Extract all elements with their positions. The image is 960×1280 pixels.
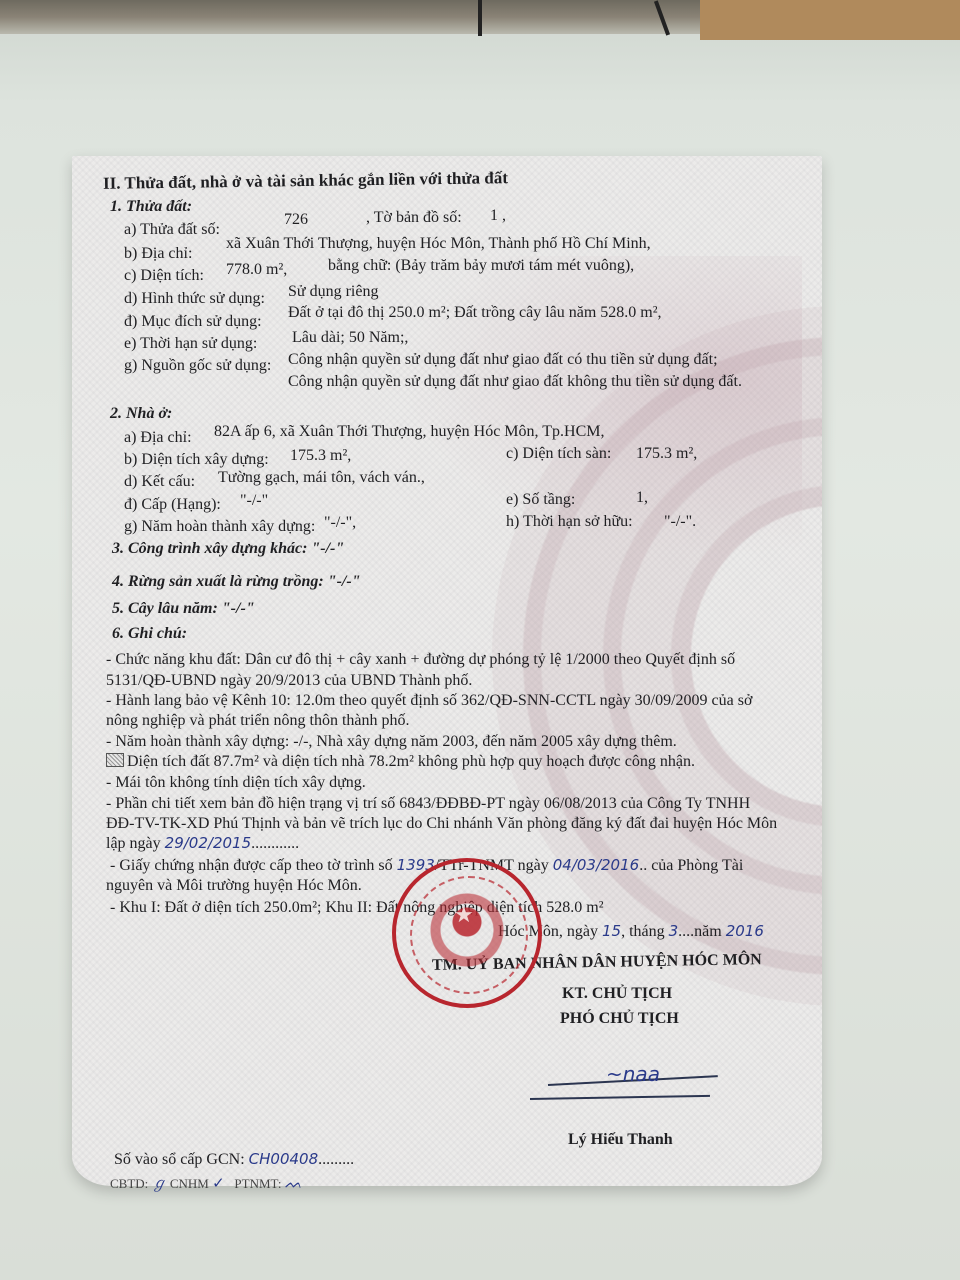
signature-mark: ~naa: [606, 1064, 660, 1084]
cert-prefix: - Giấy chứng nhận được cấp theo tờ trình…: [110, 857, 393, 874]
land-parcel-value: 726: [284, 212, 308, 228]
year-handwritten: 2016: [726, 922, 764, 940]
note-line: - Chức năng khu đất: Dân cư đô thị + cây…: [106, 652, 735, 668]
cert-suffix: .. của Phòng Tài: [639, 857, 743, 874]
completion-year-label: g) Năm hoàn thành xây dựng:: [124, 519, 315, 535]
note-line: - Năm hoàn thành xây dựng: -/-, Nhà xây …: [106, 734, 677, 750]
usage-form-label: d) Hình thức sử dụng:: [124, 291, 265, 307]
signer-role-2: PHÓ CHỦ TỊCH: [560, 1011, 679, 1027]
note-line: - Hành lang bảo vệ Kênh 10: 12.0m theo q…: [106, 693, 752, 709]
watermark-tint: [402, 256, 802, 556]
notes-heading: 6. Ghi chú:: [112, 626, 187, 642]
note-line: nông nghiệp và phát triển nông thôn thàn…: [106, 713, 410, 729]
ownership-term-label: h) Thời hạn sở hữu:: [506, 514, 633, 530]
floor-area-value: 175.3 m²,: [636, 446, 697, 462]
structure-label: d) Kết cấu:: [124, 474, 195, 490]
usage-origin-label: g) Nguồn gốc sử dụng:: [124, 358, 271, 374]
registry-line: Số vào sổ cấp GCN: CH00408.........: [114, 1152, 354, 1168]
hatch-legend-icon: [106, 753, 124, 767]
month-label: , tháng: [621, 923, 665, 940]
cbtd-label: CBTD:: [110, 1176, 148, 1191]
note-line: 5131/QĐ-UBND ngày 20/9/2013 của UBND Thà…: [106, 673, 472, 689]
background-top-edge: [0, 0, 960, 34]
note-line: - Phần chi tiết xem bản đồ hiện trạng vị…: [106, 796, 750, 812]
usage-form-value: Sử dụng riêng: [288, 284, 378, 300]
other-construction: 3. Công trình xây dựng khác: "-/-": [112, 541, 344, 557]
completion-year-value: "-/-",: [324, 515, 356, 531]
registry-label: Số vào sổ cấp GCN:: [114, 1151, 245, 1168]
drawn-date-line: lập ngày 29/02/2015............: [106, 836, 299, 852]
cert-date-handwritten: 04/03/2016: [553, 856, 639, 874]
signer-role-1: KT. CHỦ TỊCH: [562, 986, 672, 1002]
year-label: ....năm: [678, 923, 722, 940]
land-area-value: 778.0 m²,: [226, 262, 287, 278]
background-cable: [654, 0, 670, 35]
dotted-fill: .........: [318, 1151, 354, 1168]
note-line-hatched: Diện tích đất 87.7m² và diện tích nhà 78…: [106, 753, 695, 770]
usage-origin-value-2: Công nhận quyền sử dụng đất như giao đất…: [288, 374, 742, 390]
land-address-value: xã Xuân Thới Thượng, huyện Hóc Môn, Thàn…: [226, 236, 651, 252]
approval-line: CBTD: ℊ CNHM ✓ PTNMT: ᨓ: [110, 1176, 303, 1191]
day-handwritten: 15: [602, 922, 621, 940]
official-seal: ★: [392, 858, 542, 1008]
ptnmt-initials: ᨓ: [285, 1174, 303, 1192]
background-desk: [700, 0, 960, 40]
month-handwritten: 3: [669, 922, 679, 940]
land-heading: 1. Thửa đất:: [110, 199, 192, 215]
floor-area-label: c) Diện tích sàn:: [506, 446, 611, 462]
cbtd-initials: ℊ: [152, 1174, 167, 1192]
structure-value: Tường gạch, mái tôn, vách ván.,: [218, 470, 425, 486]
dotted-fill: ............: [251, 835, 299, 852]
checkmark-icon: ✓: [212, 1174, 225, 1192]
usage-term-value: Lâu dài; 50 Năm;,: [292, 330, 408, 346]
grade-label: đ) Cấp (Hạng):: [124, 497, 221, 513]
ownership-term-value: "-/-".: [664, 514, 696, 530]
land-area-words: bằng chữ: (Bảy trăm bảy mươi tám mét vuô…: [328, 258, 634, 274]
house-address-label: a) Địa chỉ:: [124, 430, 192, 446]
land-area-label: c) Diện tích:: [124, 268, 204, 284]
usage-purpose-value: Đất ở tại đô thị 250.0 m²; Đất trồng cây…: [288, 305, 662, 321]
perennial-trees: 5. Cây lâu năm: "-/-": [112, 601, 255, 617]
usage-purpose-label: đ) Mục đích sử dụng:: [124, 314, 262, 330]
background-cable: [478, 0, 482, 36]
drawn-date-label: lập ngày: [106, 835, 161, 852]
note-line: nguyên và Môi trường huyện Hóc Môn.: [106, 878, 362, 894]
note-line-text: Diện tích đất 87.7m² và diện tích nhà 78…: [127, 753, 695, 770]
land-address-label: b) Địa chỉ:: [124, 246, 192, 262]
map-sheet-label: , Tờ bản đồ số:: [366, 210, 462, 226]
map-sheet-value: 1 ,: [490, 208, 506, 224]
note-line: - Mái tôn không tính diện tích xây dựng.: [106, 775, 366, 791]
registry-number-handwritten: CH00408: [249, 1150, 318, 1168]
floors-label: e) Số tầng:: [506, 492, 575, 508]
house-heading: 2. Nhà ở:: [110, 406, 172, 422]
star-icon: ★: [454, 904, 474, 926]
note-line: ĐĐ-TV-TK-XD Phú Thịnh và bản vẽ trích lụ…: [106, 816, 777, 832]
land-parcel-label: a) Thửa đất số:: [124, 222, 220, 238]
house-address-value: 82A ấp 6, xã Xuân Thới Thượng, huyện Hóc…: [214, 424, 604, 440]
building-area-value: 175.3 m²,: [290, 448, 351, 464]
ptnmt-label: PTNMT:: [234, 1176, 281, 1191]
floors-value: 1,: [636, 490, 648, 506]
production-forest: 4. Rừng sản xuất là rừng trồng: "-/-": [112, 574, 361, 590]
usage-term-label: e) Thời hạn sử dụng:: [124, 336, 257, 352]
building-area-label: b) Diện tích xây dựng:: [124, 452, 269, 468]
cnhm-label: CNHM: [170, 1176, 209, 1191]
drawn-date-handwritten: 29/02/2015: [165, 834, 251, 852]
signer-name: Lý Hiếu Thanh: [568, 1132, 673, 1148]
usage-origin-value-1: Công nhận quyền sử dụng đất như giao đất…: [288, 352, 718, 368]
grade-value: "-/-": [240, 493, 268, 509]
